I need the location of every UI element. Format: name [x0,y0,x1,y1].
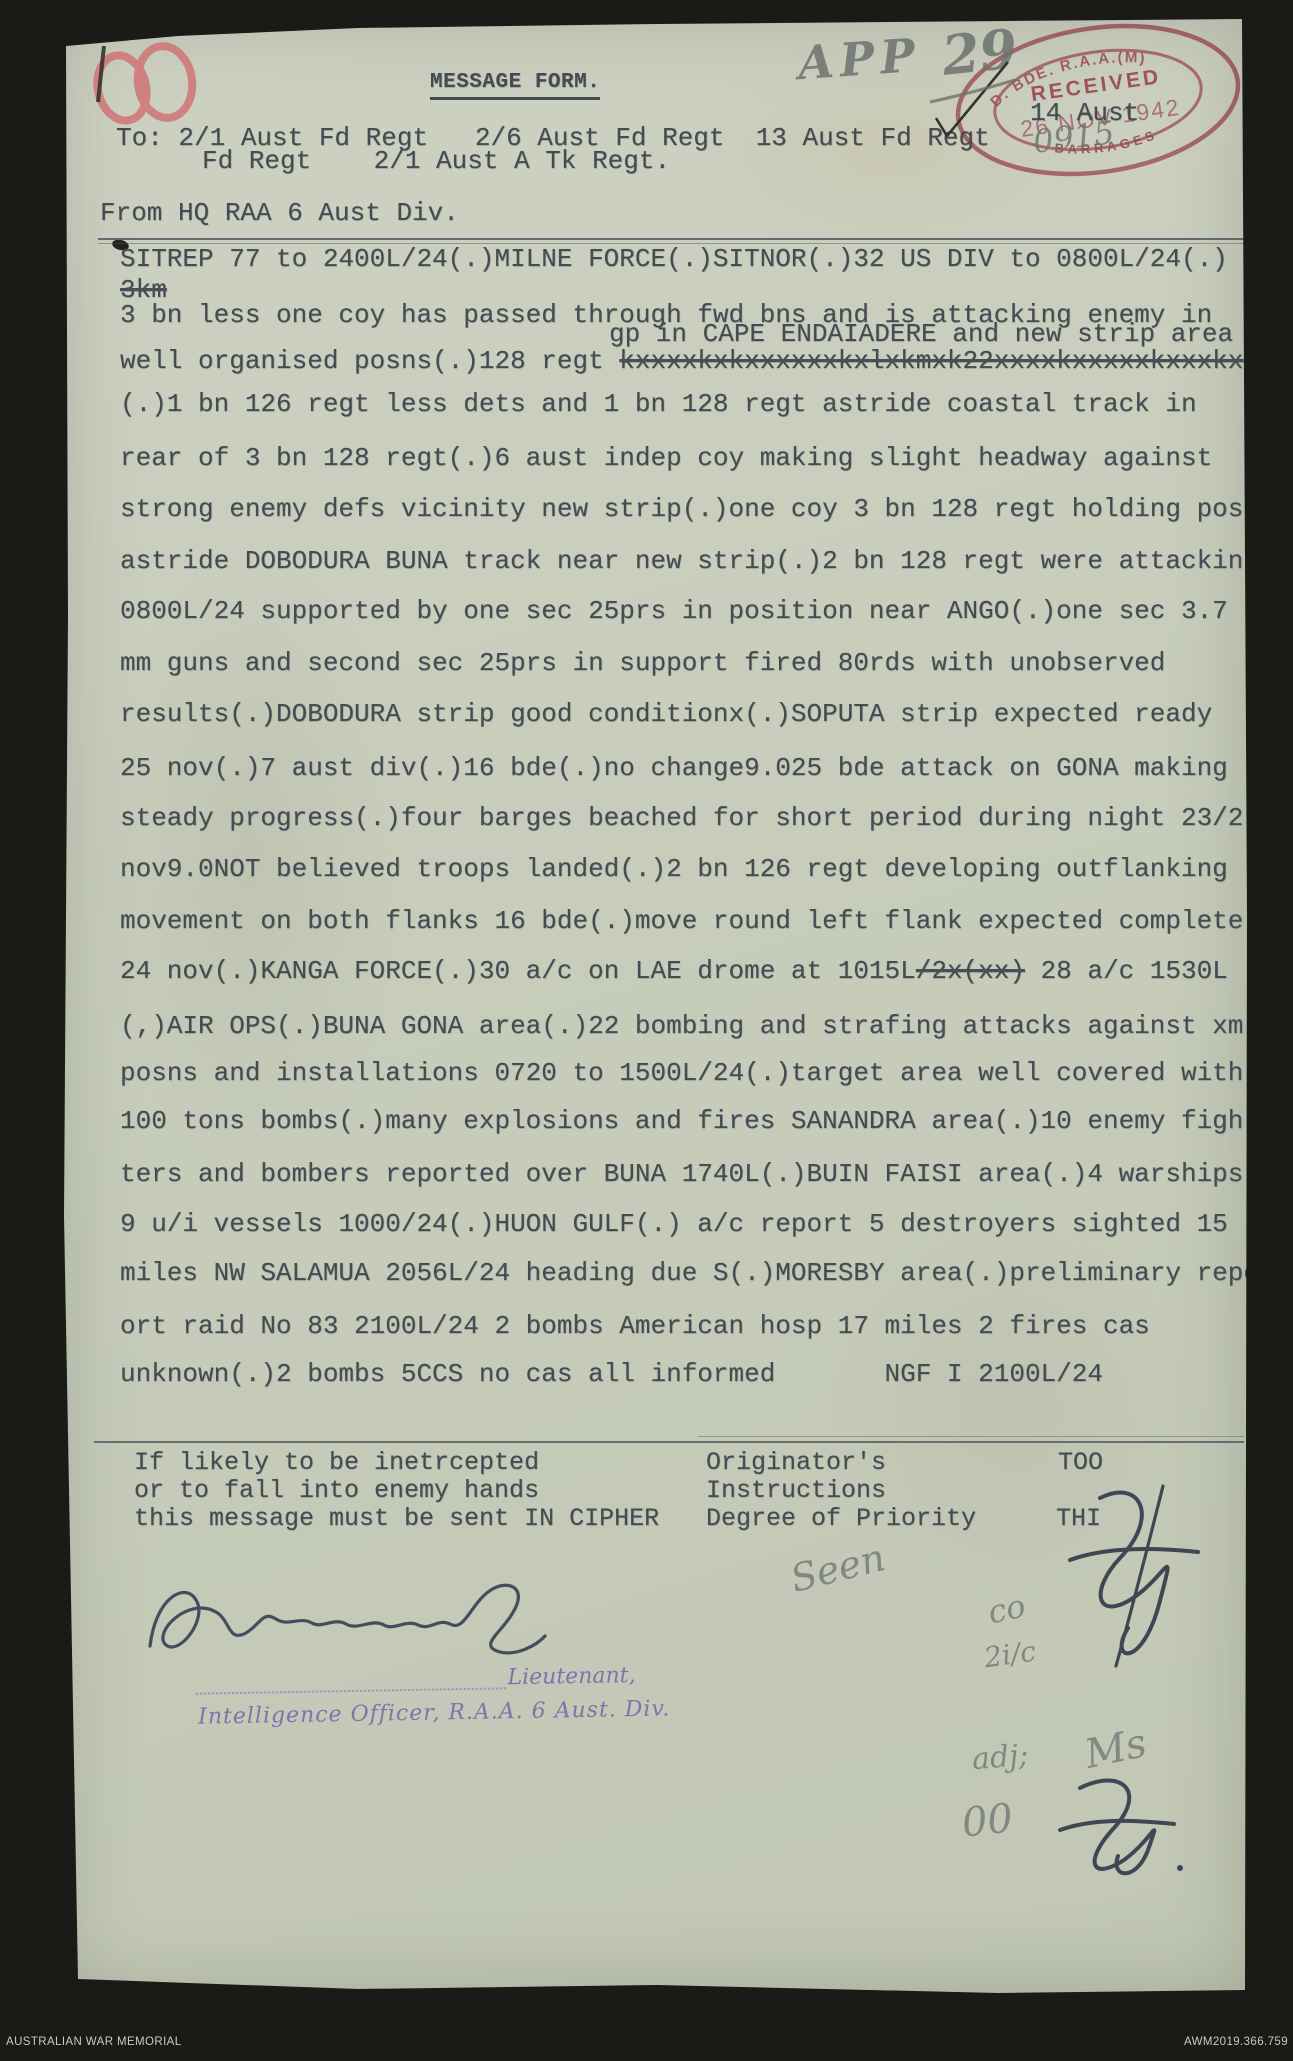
initials-ink-1 [1070,1486,1198,1666]
app-underline-stroke [930,80,1015,102]
stamp-rank: Lieutenant, [507,1663,635,1690]
message-form-paper: D. BDE. R.A.A.(M) RECEIVED 26 NOV 1942 B… [58,16,1250,1994]
archive-caption-left: AUSTRALIAN WAR MEMORIAL [6,2036,182,2048]
red-circles-mark [91,43,197,126]
scanned-document-view: D. BDE. R.A.A.(M) RECEIVED 26 NOV 1942 B… [0,0,1293,2061]
officer-stamp: Lieutenant, Intelligence Officer, R.A.A.… [195,1655,736,1754]
signature-ink [150,1585,545,1653]
stamp-dotted-line [196,1687,506,1694]
archive-caption-right: AWM2019.366.759 [1184,2036,1288,2048]
initials-ink-2 [1060,1780,1183,1873]
stamp-role: Intelligence Officer, R.A.A. 6 Aust. Div… [198,1696,671,1729]
